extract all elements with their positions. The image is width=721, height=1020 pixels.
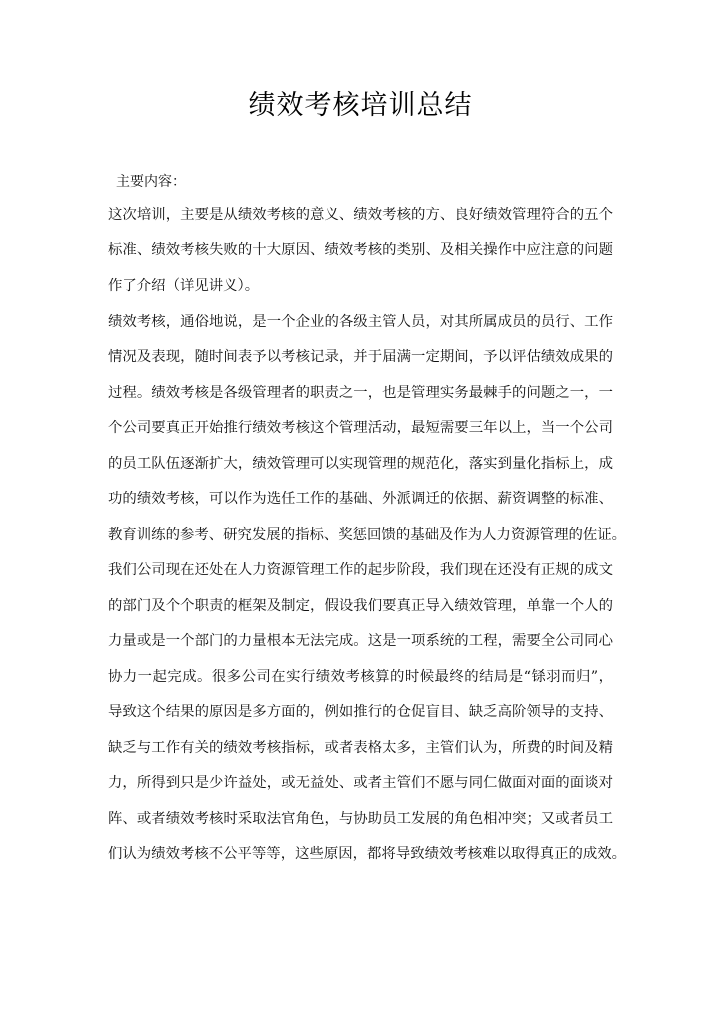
paragraph-line: 缺乏与工作有关的绩效考核指标，或者表格太多，主管们认为，所费的时间及精 — [108, 738, 613, 758]
document-page: 绩效考核培训总结 主要内容： 这次培训，主要是从绩效考核的意义、绩效考核的方、良… — [0, 0, 721, 1020]
paragraph-line: 这次培训，主要是从绩效考核的意义、绩效考核的方、良好绩效管理符合的五个 — [108, 205, 613, 225]
paragraph-line: 教育训练的参考、研究发展的指标、奖惩回馈的基础及作为人力资源管理的佐证。 — [108, 525, 613, 545]
paragraph-line: 的部门及个个职责的框架及制定，假设我们要真正导入绩效管理，单靠一个人的 — [108, 596, 613, 616]
paragraph-line: 功的绩效考核，可以作为选任工作的基础、外派调迁的依据、薪资调整的标准、 — [108, 489, 613, 509]
paragraph-line: 导致这个结果的原因是多方面的，例如推行的仓促盲目、缺乏高阶领导的支持、 — [108, 702, 613, 722]
paragraph-line: 力量或是一个部门的力量根本无法完成。这是一项系统的工程，需要全公司同心 — [108, 631, 613, 651]
paragraph-line: 情况及表现，随时间表予以考核记录，并于届满一定期间，予以评估绩效成果的 — [108, 347, 613, 367]
document-title: 绩效考核培训总结 — [0, 88, 721, 124]
section-subheading: 主要内容： — [116, 172, 186, 192]
paragraph-line: 过程。绩效考核是各级管理者的职责之一，也是管理实务最棘手的问题之一，一 — [108, 383, 613, 403]
paragraph-line: 们认为绩效考核不公平等等，这些原因，都将导致绩效考核难以取得真正的成效。 — [108, 844, 613, 864]
paragraph-line: 阵、或者绩效考核时采取法官角色，与协助员工发展的角色相冲突；又或者员工 — [108, 809, 613, 829]
paragraph-line: 我们公司现在还处在人力资源管理工作的起步阶段，我们现在还没有正规的成文 — [108, 560, 613, 580]
paragraph-line: 绩效考核，通俗地说，是一个企业的各级主管人员，对其所属成员的员行、工作 — [108, 312, 613, 332]
paragraph-line: 协力一起完成。很多公司在实行绩效考核算的时候最终的结局是“铩羽而归”， — [108, 667, 613, 687]
paragraph-line: 标准、绩效考核失败的十大原因、绩效考核的类别、及相关操作中应注意的问题 — [108, 240, 613, 260]
paragraph-line: 的员工队伍逐渐扩大，绩效管理可以实现管理的规范化，落实到量化指标上，成 — [108, 454, 613, 474]
paragraph-line: 个公司要真正开始推行绩效考核这个管理活动，最短需要三年以上，当一个公司 — [108, 418, 613, 438]
paragraph-line: 力，所得到只是少许益处，或无益处、或者主管们不愿与同仁做面对面的面谈对 — [108, 773, 613, 793]
paragraph-line: 作了介绍（详见讲义）。 — [108, 276, 613, 296]
